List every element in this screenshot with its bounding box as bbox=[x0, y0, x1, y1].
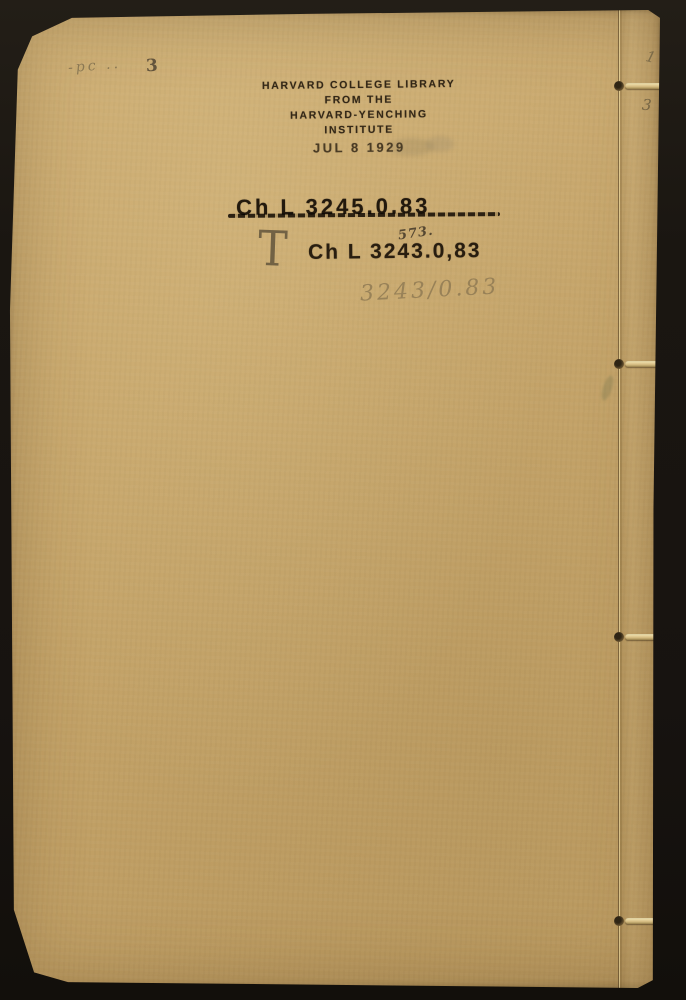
pencil-scribble: -pc .. bbox=[67, 56, 121, 77]
binding-stitch bbox=[612, 80, 662, 92]
paper-edge-chip bbox=[32, 8, 62, 16]
stamp-line-4: INSTITUTE bbox=[224, 122, 494, 140]
stitch-hole bbox=[614, 632, 624, 642]
binding-strip bbox=[620, 10, 660, 988]
edge-stain bbox=[4, 912, 12, 928]
spine-pencil-mark-number: 3 bbox=[641, 96, 652, 115]
stitch-hole bbox=[614, 916, 624, 926]
book-cover: -pc .. 3 1 3 HARVARD COLLEGE LIBRARY FRO… bbox=[8, 10, 660, 988]
stamp-line-1: HARVARD COLLEGE LIBRARY bbox=[224, 77, 494, 95]
stamp-date: JUL 8 1929 bbox=[224, 138, 494, 158]
stitch-thread bbox=[625, 918, 663, 924]
pencil-call-number-note: 3243/0.83 bbox=[359, 274, 500, 306]
binding-stitch bbox=[612, 358, 662, 370]
stitch-hole bbox=[614, 81, 624, 91]
stain bbox=[599, 374, 616, 402]
library-stamp: HARVARD COLLEGE LIBRARY FROM THE HARVARD… bbox=[224, 77, 495, 158]
current-call-number: Ch L 3243.0,83 bbox=[308, 239, 482, 265]
binding-stitch bbox=[612, 915, 662, 927]
stitch-thread bbox=[625, 83, 663, 89]
scanner-background: -pc .. 3 1 3 HARVARD COLLEGE LIBRARY FRO… bbox=[0, 0, 686, 1000]
stitch-thread bbox=[625, 361, 663, 367]
pencil-T-mark: T bbox=[257, 221, 288, 278]
binding-stitch bbox=[612, 631, 662, 643]
stitch-hole bbox=[614, 359, 624, 369]
pencil-number: 3 bbox=[146, 56, 159, 76]
binding-crease bbox=[618, 10, 622, 988]
stitch-thread bbox=[625, 634, 663, 640]
